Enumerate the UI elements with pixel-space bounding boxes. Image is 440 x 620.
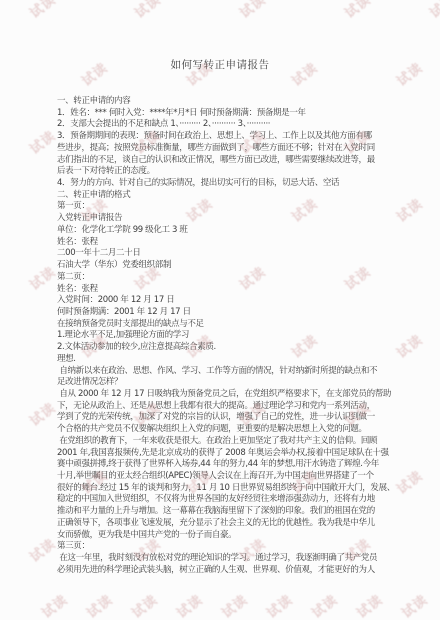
document-line: 二00一年十二月二十日 (57, 248, 389, 260)
trial-read-watermark: 试读 (262, 589, 296, 620)
trial-read-watermark: 试读 (397, 589, 431, 620)
trial-read-watermark: 试读 (392, 329, 426, 361)
document-line: 自从 2000 年 12 月 17 日吸纳我为预备党员之后，在党组织严格要求下，… (57, 389, 389, 401)
document-line: 后表一下对待转正的态度。 (57, 166, 389, 178)
trial-read-watermark: 试读 (392, 465, 426, 497)
document-line: 2001 年,我国喜报频传,先是北京成功的获得了 2008 年奥运会举办权,接着… (57, 448, 389, 460)
trial-read-watermark: 试读 (127, 589, 161, 620)
trial-read-watermark: 试读 (217, 589, 251, 620)
document-line: 推动和平力量的上升与增加。这一幕幕在我脑海里留下了深刻的印象。我们的祖国在党的 (57, 506, 389, 518)
document-line: 单位：化学化工学院 99 级化工 3 班 (57, 225, 389, 237)
document-line: 第三页： (57, 541, 389, 553)
trial-read-watermark: 试读 (25, 261, 59, 293)
document-line: 2.文体活动参加的较少,应注意提高综合素质. (57, 342, 389, 354)
document-line: 在这一年里，我时刻没有放松对党的理论知识的学习。通过学习，我逐渐明确了共产党员 (57, 553, 389, 565)
document-title: 如何写转正申请报告 (0, 57, 440, 72)
trial-read-watermark: 试读 (235, 0, 269, 22)
document-line: 足改进情况怎样？ (57, 377, 389, 389)
document-line: 在接纳预备党员时支部提出的缺点与不足 (57, 319, 389, 331)
document-page: 试读试读试读试读试读试读试读试读试读试读试读试读试读试读试读试读试读试读试读试读… (0, 0, 440, 620)
document-line: 志们指出的不足，谈自己的认识和改正情况，哪些方面已改进，哪些需要继续改进等，最 (57, 155, 389, 167)
document-body: 一、转正申请的内容1．姓名：*** 何时入党：****年*月*日 何时预备期满：… (57, 96, 389, 576)
trial-read-watermark: 试读 (307, 589, 341, 620)
trial-read-watermark: 试读 (425, 0, 440, 22)
document-line: 很好的舞台.经过 15 年的谈判和努力，11 月 10 日世界贸易组织终于向中国… (57, 483, 389, 495)
document-line: 必须用先进的科学理论武装头脑，树立正确的人生观、世界观、价值观，才能更好的为人 (57, 565, 389, 577)
trial-read-watermark: 试读 (25, 397, 59, 429)
trial-read-watermark: 试读 (352, 589, 386, 620)
document-line: 女而骄傲，更为我是中国共产党的一份子而自豪。 (57, 530, 389, 542)
document-line: 姓名：张程 (57, 284, 389, 296)
document-line: 1．姓名：*** 何时入党：****年*月*日 何时预备期满：预备期是一年 (57, 108, 389, 120)
document-line: 个合格的共产党员不仅要解决组织上入党的问题，更重要的是解决思想上入党的问题。 (57, 424, 389, 436)
trial-read-watermark: 试读 (340, 0, 374, 22)
document-line: 1.理论水平不足,加强理论方面的学习 (57, 330, 389, 342)
document-line: 稳定的中国加入世贸组织，不仅将为世界各国的友好经贸往来增添强劲动力，还将有力地 (57, 494, 389, 506)
document-line: 在党组织的教育下，一年来收获是很大。在政治上更加坚定了我对共产主义的信仰。回顾 (57, 436, 389, 448)
document-line: 理想. (57, 354, 389, 366)
trial-read-watermark: 试读 (25, 125, 59, 157)
trial-read-watermark: 试读 (392, 193, 426, 225)
trial-read-watermark: 试读 (37, 589, 71, 620)
document-line: 十月,举世瞩目的亚太经合组织(APEC)领导人会议在上海召开,为中国走向世界搭建… (57, 471, 389, 483)
document-line: 正确领导下，各项事业飞速发展，充分显示了社会主义的无比的优越性。我为我是中华儿 (57, 518, 389, 530)
document-line: 第二页： (57, 272, 389, 284)
document-line: 何时预备期满：2001 年 12 月 17 日 (57, 307, 389, 319)
trial-read-watermark: 试读 (25, 0, 59, 22)
trial-read-watermark: 试读 (25, 533, 59, 565)
document-line: 第一页： (57, 201, 389, 213)
document-line: 自纳新以来在政治、思想、作风、学习、工作等方面的情况，针对纳新时所提的缺点和不 (57, 366, 389, 378)
document-line: 入党转正申请报告 (57, 213, 389, 225)
document-line: 4．努力的方向、针对自己的实际情况，提出切实可行的目标，切忌大话、空话 (57, 178, 389, 190)
document-line: 2．支部大会提出的不足和缺点 1、········· 2、·········· … (57, 119, 389, 131)
trial-read-watermark: 试读 (130, 0, 164, 22)
document-line: 些进步，提高；按照党员标准衡量，哪些方面做到了，哪些方面还不够；针对在入党时同 (57, 143, 389, 155)
trial-read-watermark: 试读 (82, 589, 116, 620)
document-line: 姓名：张程 (57, 237, 389, 249)
document-line: 一、转正申请的内容 (57, 96, 389, 108)
document-line: 二、转正申请的格式 (57, 190, 389, 202)
trial-read-watermark: 试读 (172, 589, 206, 620)
document-line: 赛中顽强拼搏,终于获得了世界杯入场券,44 年的努力,44 年的梦想,用汗水铸造… (57, 459, 389, 471)
document-line: 石油大学（华东）党委组织部制 (57, 260, 389, 272)
document-line: 学到了党的光荣传统，加深了对党的宗旨的认识，增强了自己的党性，进一步认识到做一 (57, 412, 389, 424)
document-line: 入党时间：2000 年 12 月 17 日 (57, 295, 389, 307)
document-line: 下，无论从政治上、还是从思想上我都有很大的提高。通过理论学习和党内一系列活动， (57, 401, 389, 413)
document-line: 3．预备期期间的表现：预备时间在政治上、思想上、学习上、工作上以及其他方面有哪 (57, 131, 389, 143)
